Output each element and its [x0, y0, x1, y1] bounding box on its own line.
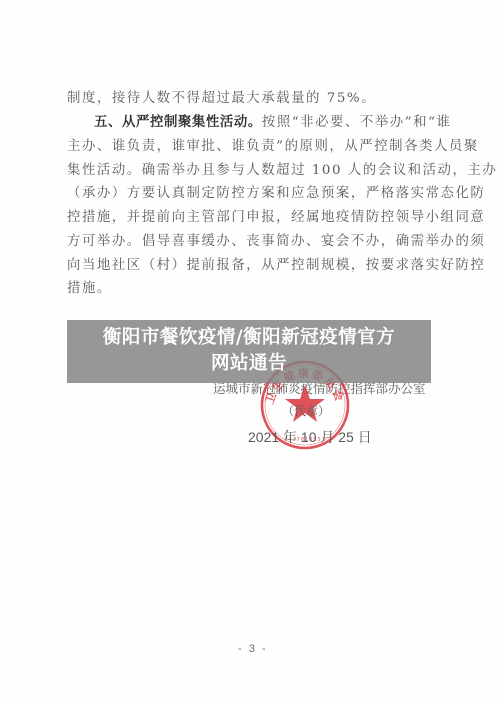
document-page: 制度，接待人数不得超过最大承载量的 75%。 五、从严控制聚集性活动。按照“非必…	[0, 0, 500, 703]
title-overlay-banner: 衡阳市餐饮疫情/衡阳新冠疫情官方 网站通告	[67, 320, 431, 383]
overlay-title: 衡阳市餐饮疫情/衡阳新冠疫情官方 网站通告	[67, 325, 431, 377]
text-line-1: 制度，接待人数不得超过最大承载量的 75%。	[67, 90, 441, 108]
text-line-2: 五、从严控制聚集性活动。按照“非必要、不举办”和“谁	[94, 114, 441, 132]
text-line-4: 集性活动。确需举办且参与人数超过 100 人的会议和活动，主办	[67, 162, 441, 180]
text-line-5: （承办）方要认真制定防控方案和应急预案，严格落实常态化防	[67, 185, 441, 203]
overlay-title-line-2: 网站通告	[67, 351, 431, 377]
text-line-9: 措施。	[67, 280, 441, 298]
issue-date: 2021 年 10 月 25 日	[248, 427, 372, 447]
page-number: - 3 -	[238, 643, 268, 655]
seal-note: （代章）	[282, 402, 330, 419]
text-line-8: 向当地社区（村）提前报备，从严控制规模，按要求落实好防控	[67, 257, 441, 275]
text-line-7: 方可举办。倡导喜事缓办、丧事简办、宴会不办，确需举办的须	[67, 233, 441, 251]
overlay-title-line-1: 衡阳市餐饮疫情/衡阳新冠疫情官方	[67, 325, 431, 351]
text-line-6: 控措施，并提前向主管部门申报，经属地疫情防控领导小组同意	[67, 209, 441, 227]
text-line-3: 主办、谁负责，谁审批、谁负责”的原则，从严控制各类人员聚	[67, 138, 441, 156]
section-heading: 五、从严控制聚集性活动。	[94, 115, 262, 130]
section-heading-text: 按照“非必要、不举办”和“谁	[262, 115, 452, 130]
